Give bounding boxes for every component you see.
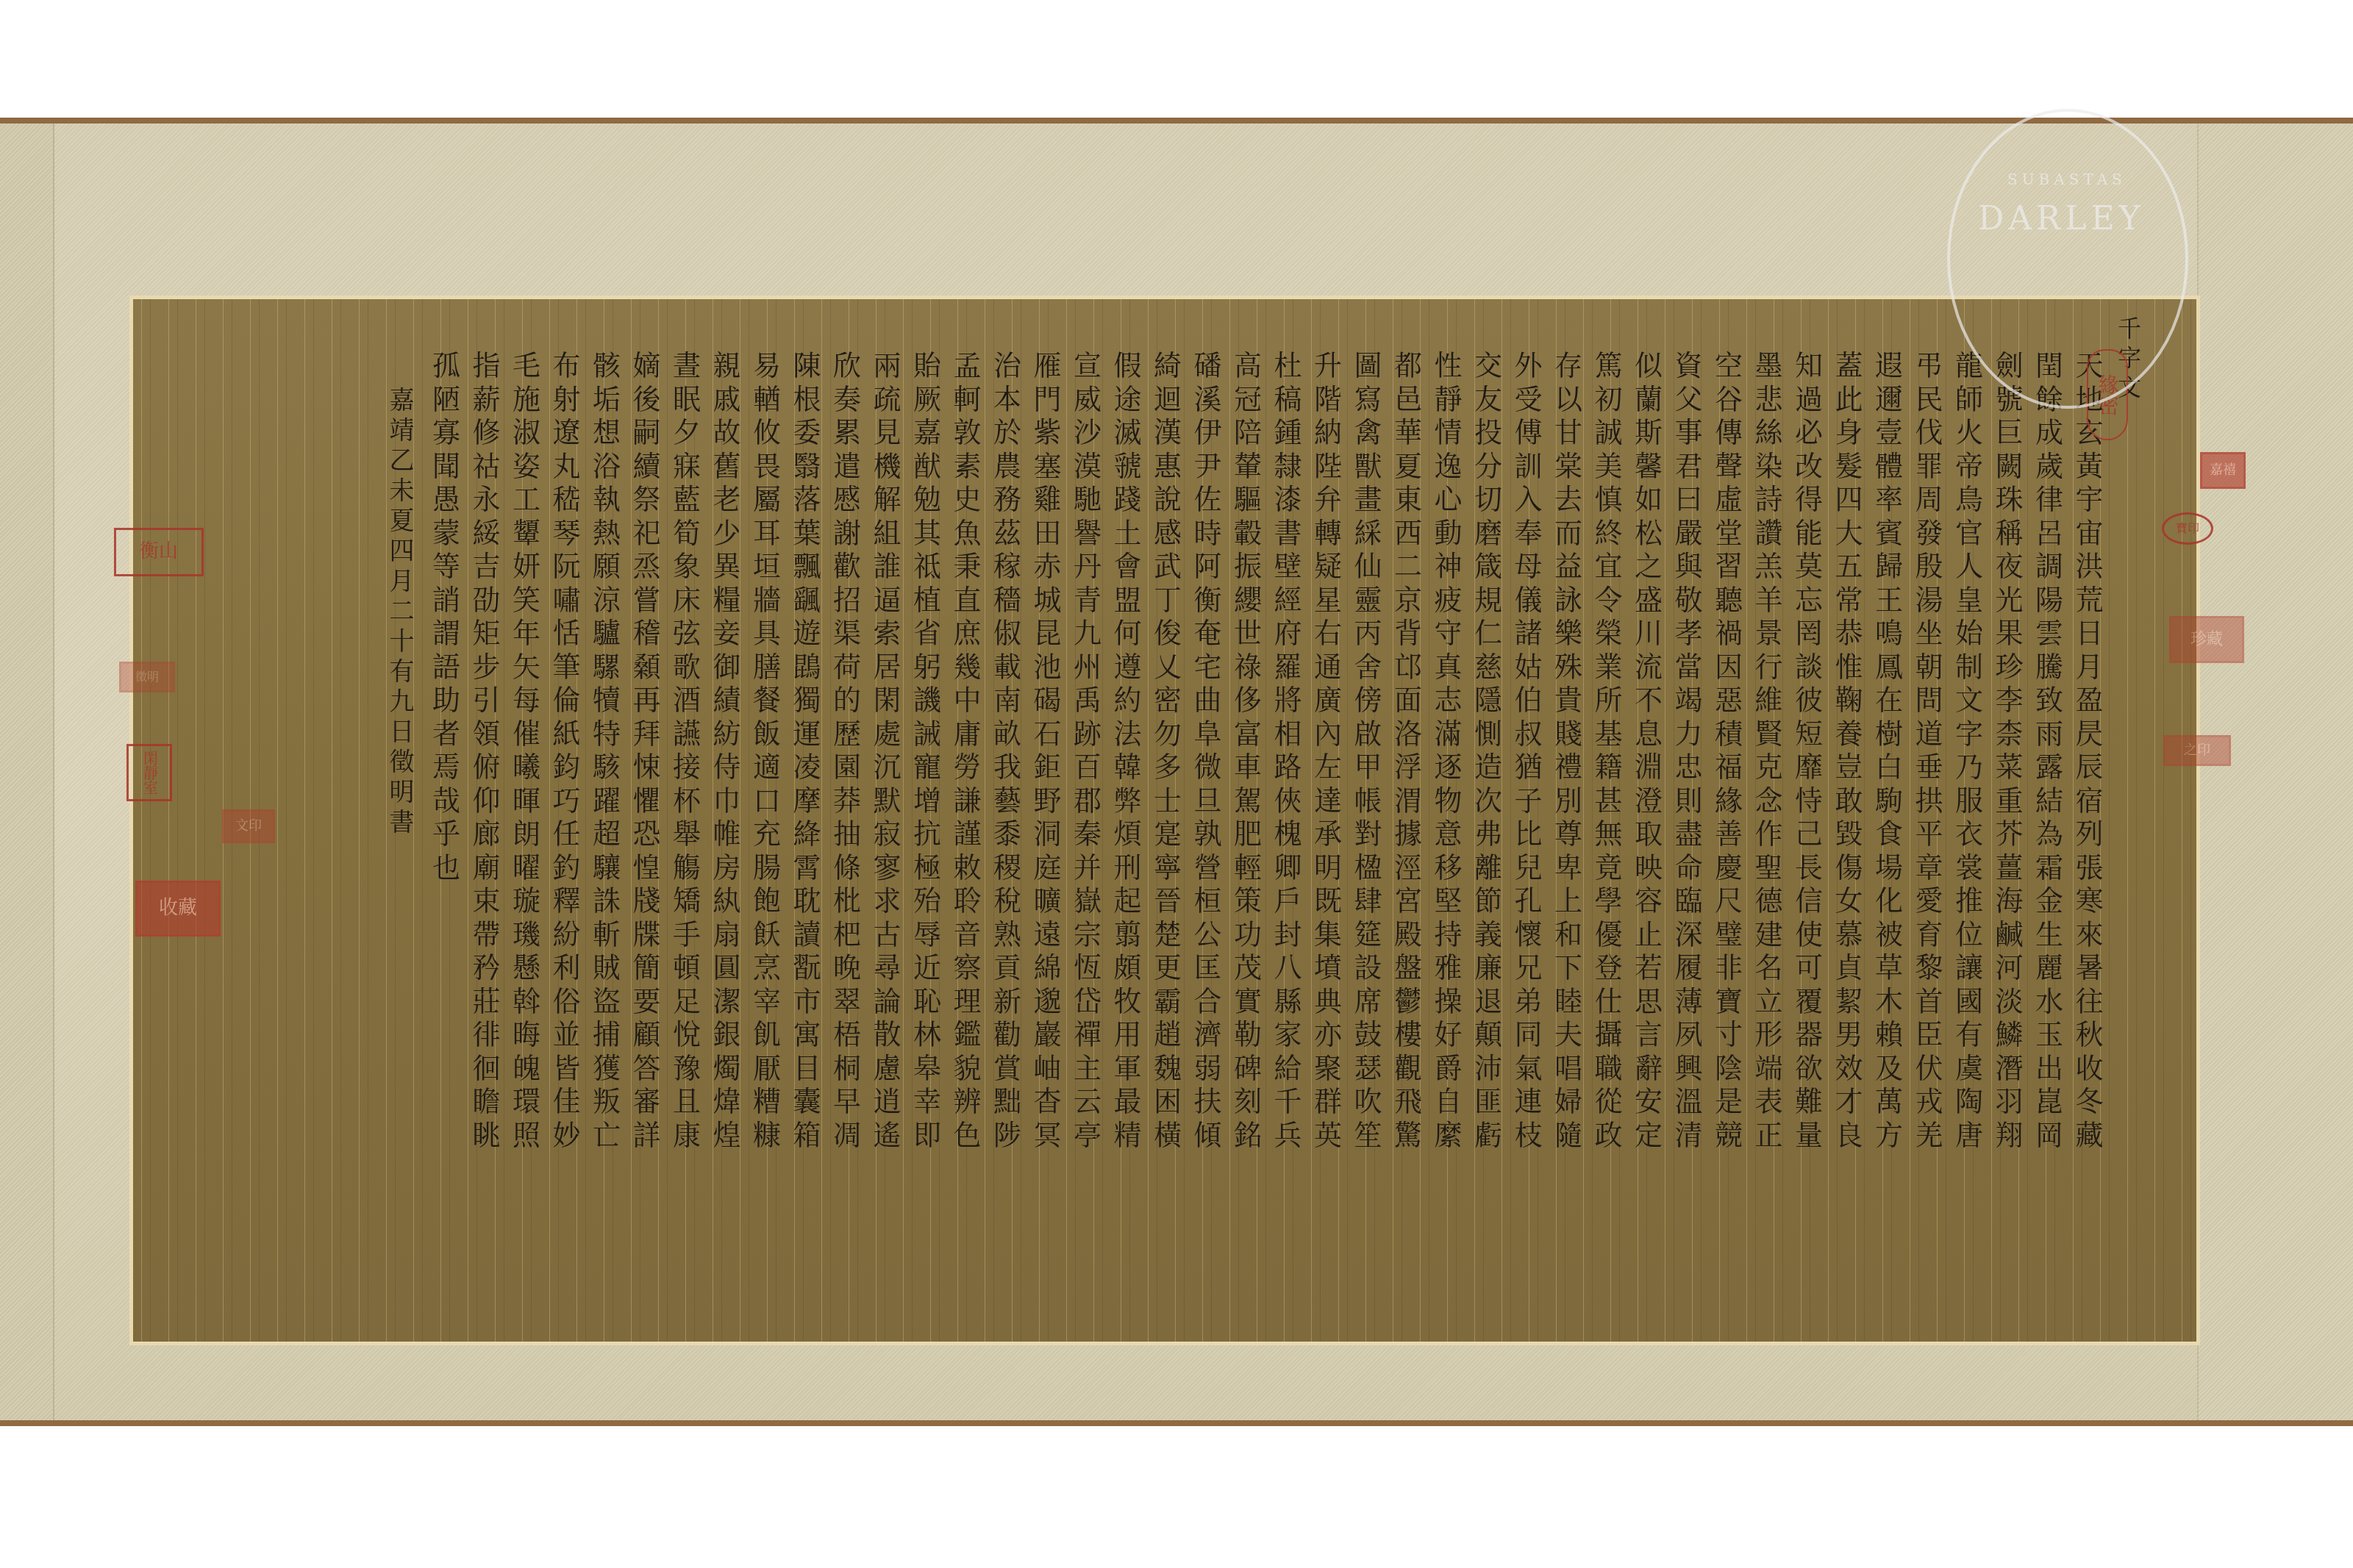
character: 匪 <box>1468 1085 1508 1119</box>
character: 武 <box>1148 550 1188 584</box>
character: 清 <box>1669 1119 1709 1153</box>
character: 世 <box>1228 617 1268 651</box>
character: 對 <box>1349 817 1388 851</box>
character: 篤 <box>1589 349 1629 383</box>
character: 知 <box>1789 349 1829 383</box>
character: 十 <box>382 627 422 657</box>
character: 母 <box>1509 550 1549 584</box>
character: 事 <box>1669 416 1709 450</box>
character: 惻 <box>1468 717 1508 751</box>
character: 遣 <box>827 450 867 484</box>
character: 漠 <box>1068 450 1107 484</box>
character: 溪 <box>1188 383 1228 417</box>
character: 傅 <box>1509 416 1549 450</box>
character: 曜 <box>507 851 546 885</box>
character: 亭 <box>1068 1119 1107 1153</box>
character: 本 <box>988 383 1027 417</box>
character: 甲 <box>1349 751 1388 784</box>
character: 組 <box>868 517 907 551</box>
character: 解 <box>868 483 907 517</box>
character: 匡 <box>1188 951 1228 985</box>
character: 建 <box>1749 918 1789 952</box>
character: 俯 <box>467 751 507 784</box>
character: 市 <box>788 985 827 1019</box>
character: 達 <box>1308 784 1348 818</box>
character: 上 <box>1549 884 1588 918</box>
character: 非 <box>1709 951 1749 985</box>
character: 盤 <box>1388 951 1428 985</box>
text-column: 似蘭斯馨如松之盛川流不息淵澄取映容止若思言辭安定 <box>1629 349 1668 1152</box>
character: 恭 <box>1829 617 1869 651</box>
character: 盟 <box>1108 584 1148 617</box>
character: 投 <box>1468 416 1508 450</box>
character: 生 <box>2029 918 2069 952</box>
character: 嚴 <box>1669 517 1709 551</box>
character: 杜 <box>1268 349 1308 383</box>
character: 諸 <box>1509 617 1549 651</box>
character: 徘 <box>467 1018 507 1052</box>
character: 廟 <box>467 851 507 885</box>
character: 厭 <box>747 1052 787 1086</box>
character: 滅 <box>1108 416 1148 450</box>
character: 雁 <box>1028 349 1068 383</box>
text-column: 升階納陛弁轉疑星右通廣內左達承明既集墳典亦聚群英 <box>1308 349 1348 1152</box>
character: 都 <box>1388 349 1428 383</box>
character: 妙 <box>547 1119 587 1153</box>
character: 男 <box>1829 1018 1869 1052</box>
character: 義 <box>1468 918 1508 952</box>
character: 似 <box>1629 349 1668 383</box>
character: 臨 <box>1669 884 1709 918</box>
character: 稽 <box>627 617 667 651</box>
character: 方 <box>1869 1119 1909 1153</box>
character: 思 <box>1629 985 1668 1019</box>
character: 父 <box>1669 383 1709 417</box>
character: 造 <box>1468 751 1508 784</box>
character: 寡 <box>426 416 466 450</box>
character: 綵 <box>1349 517 1388 551</box>
character: 百 <box>1068 751 1107 784</box>
character: 未 <box>382 476 422 506</box>
character: 草 <box>1869 951 1909 985</box>
character: 形 <box>1749 1018 1789 1052</box>
character: 臣 <box>1910 1018 1949 1052</box>
character: 離 <box>1468 851 1508 885</box>
character: 是 <box>1709 1085 1749 1119</box>
character: 瞻 <box>467 1085 507 1119</box>
character: 外 <box>1509 349 1549 383</box>
watermark-text: DARLEY <box>1978 200 2145 237</box>
character: 功 <box>1228 918 1268 952</box>
character: 薑 <box>1990 851 2029 885</box>
character: 氣 <box>1509 1052 1549 1086</box>
character: 輶 <box>747 383 787 417</box>
character: 璣 <box>507 918 546 952</box>
character: 聖 <box>1749 851 1789 885</box>
character: 理 <box>948 985 988 1019</box>
character: 侈 <box>1228 684 1268 717</box>
character: 矜 <box>467 951 507 985</box>
character: 牋 <box>627 884 667 918</box>
character: 譽 <box>1068 517 1107 551</box>
character: 面 <box>1388 684 1428 717</box>
character: 勿 <box>1148 717 1188 751</box>
character: 古 <box>868 918 907 952</box>
text-column: 都邑華夏東西二京背邙面洛浮渭據涇宮殿盤鬱樓觀飛驚 <box>1388 349 1428 1152</box>
character: 祭 <box>627 483 667 517</box>
character: 後 <box>627 383 667 417</box>
character: 賓 <box>1869 517 1909 551</box>
character: 河 <box>1990 951 2029 985</box>
character: 轂 <box>1228 517 1268 551</box>
character: 運 <box>788 717 827 751</box>
character: 移 <box>1429 851 1468 885</box>
character: 效 <box>1829 1052 1869 1086</box>
character: 答 <box>627 1052 667 1086</box>
character: 會 <box>1108 550 1148 584</box>
character: 騰 <box>2029 651 2069 684</box>
character: 縻 <box>1429 1119 1468 1153</box>
character: 當 <box>1669 651 1709 684</box>
character: 肆 <box>1349 884 1388 918</box>
text-column: 遐邇壹體率賓歸王鳴鳳在樹白駒食場化被草木賴及萬方 <box>1869 349 1909 1152</box>
character: 觀 <box>1388 1052 1428 1086</box>
mount-left-band <box>0 123 54 1420</box>
character: 絲 <box>1749 416 1789 450</box>
watermark-ellipse <box>1947 109 2188 409</box>
character: 青 <box>1068 584 1107 617</box>
character: 言 <box>1629 1018 1668 1052</box>
character: 扇 <box>707 918 747 952</box>
character: 孔 <box>1509 884 1549 918</box>
character: 性 <box>1429 349 1468 383</box>
character: 瑟 <box>1349 1052 1388 1086</box>
character: 垢 <box>587 383 626 417</box>
character: 宅 <box>1188 651 1228 684</box>
character: 既 <box>1308 884 1348 918</box>
seal-square: 閑靜室 <box>126 744 172 801</box>
character: 巧 <box>547 784 587 818</box>
character: 永 <box>467 483 507 517</box>
character: 箱 <box>788 1119 827 1153</box>
character: 戶 <box>1268 884 1308 918</box>
character: 典 <box>1308 985 1348 1019</box>
character: 目 <box>788 1052 827 1086</box>
text-column: 資父事君曰嚴與敬孝當竭力忠則盡命臨深履薄夙興溫清 <box>1669 349 1709 1152</box>
character: 魄 <box>507 1052 546 1086</box>
character: 陟 <box>988 1119 1027 1153</box>
character: 轉 <box>1308 517 1348 551</box>
character: 丁 <box>1148 584 1188 617</box>
character: 踐 <box>1108 483 1148 517</box>
character: 楚 <box>1148 918 1188 952</box>
character: 嘉 <box>907 416 947 450</box>
character: 菜 <box>1990 751 2029 784</box>
character: 豫 <box>667 1052 707 1086</box>
character: 牒 <box>627 918 667 952</box>
character: 帳 <box>1349 784 1388 818</box>
character: 且 <box>667 1085 707 1119</box>
character: 鼓 <box>1349 1018 1388 1052</box>
character: 崑 <box>2029 1085 2069 1119</box>
character: 背 <box>1388 617 1428 651</box>
character: 籍 <box>1589 751 1629 784</box>
character: 察 <box>948 951 988 985</box>
character: 銘 <box>1228 1119 1268 1153</box>
character: 誡 <box>907 717 947 751</box>
character: 冠 <box>1228 383 1268 417</box>
character: 野 <box>1028 784 1068 818</box>
text-column: 天地玄黃宇宙洪荒日月盈昃辰宿列張寒來暑往秋收冬藏 <box>2070 349 2110 1152</box>
character: 孤 <box>426 349 466 383</box>
character: 筵 <box>1349 918 1388 952</box>
character: 舊 <box>707 450 747 484</box>
character: 晝 <box>667 349 707 383</box>
character: 微 <box>1188 751 1228 784</box>
character: 歡 <box>827 550 867 584</box>
character: 碣 <box>1028 684 1068 717</box>
character: 腸 <box>747 851 787 885</box>
character: 沉 <box>868 751 907 784</box>
character: 難 <box>1789 1085 1829 1119</box>
character: 約 <box>1108 684 1148 717</box>
character: 養 <box>1829 717 1869 751</box>
character: 列 <box>2070 817 2110 851</box>
character: 烝 <box>627 550 667 584</box>
character: 映 <box>1629 851 1668 885</box>
character: 者 <box>426 717 466 751</box>
character: 增 <box>907 784 947 818</box>
character: 雞 <box>1028 483 1068 517</box>
character: 仙 <box>1349 550 1388 584</box>
character: 巖 <box>1028 1018 1068 1052</box>
character: 逍 <box>868 1085 907 1119</box>
character: 易 <box>747 349 787 383</box>
text-column: 欣奏累遣慼謝歡招渠荷的歷園莽抽條枇杷晚翠梧桐早凋 <box>827 349 867 1152</box>
character: 羔 <box>1749 550 1789 584</box>
character: 能 <box>1789 517 1829 551</box>
character: 拜 <box>627 717 667 751</box>
character: 卿 <box>1268 851 1308 885</box>
character: 趙 <box>1148 1018 1188 1052</box>
character: 國 <box>1949 985 1989 1019</box>
character: 抽 <box>827 817 867 851</box>
character: 兒 <box>1509 851 1549 885</box>
character: 浴 <box>587 450 626 484</box>
character: 頓 <box>667 951 707 985</box>
character: 曦 <box>507 751 546 784</box>
character: 東 <box>1388 483 1428 517</box>
character: 刑 <box>1108 851 1148 885</box>
character: 乂 <box>1148 651 1188 684</box>
character: 笑 <box>507 584 546 617</box>
character: 軻 <box>948 383 988 417</box>
character: 槐 <box>1268 817 1308 851</box>
character: 鬱 <box>1388 985 1428 1019</box>
character: 輦 <box>1228 450 1268 484</box>
character: 觴 <box>667 851 707 885</box>
character: 具 <box>747 617 787 651</box>
text-column: 宣威沙漠馳譽丹青九州禹跡百郡秦并嶽宗恆岱禪主云亭 <box>1068 349 1107 1152</box>
character: 澄 <box>1629 784 1668 818</box>
character: 審 <box>627 1085 667 1119</box>
character: 密 <box>1148 684 1188 717</box>
character: 翳 <box>788 450 827 484</box>
character: 云 <box>1068 1085 1107 1119</box>
character: 殿 <box>1388 918 1428 952</box>
character: 騾 <box>587 651 626 684</box>
character: 載 <box>988 651 1027 684</box>
character: 首 <box>1910 985 1949 1019</box>
character: 成 <box>2029 416 2069 450</box>
character: 徵 <box>382 748 422 778</box>
character: 照 <box>507 1119 546 1153</box>
character: 棠 <box>1549 450 1588 484</box>
character: 黍 <box>988 817 1027 851</box>
text-column: 綺迴漢惠說感武丁俊乂密勿多士寔寧晉楚更霸趙魏困橫 <box>1148 349 1188 1152</box>
character: 圓 <box>707 951 747 985</box>
character: 威 <box>1068 383 1107 417</box>
character: 糧 <box>707 584 747 617</box>
character: 鞠 <box>1829 684 1869 717</box>
character: 合 <box>1188 985 1228 1019</box>
character: 讌 <box>667 717 707 751</box>
character: 帷 <box>707 817 747 851</box>
character: 囊 <box>788 1085 827 1119</box>
character: 甘 <box>1549 416 1588 450</box>
character: 宰 <box>747 985 787 1019</box>
character: 寫 <box>1349 383 1388 417</box>
character: 大 <box>1829 517 1869 551</box>
character: 飢 <box>747 1018 787 1052</box>
character: 虛 <box>1709 483 1749 517</box>
character: 嘉 <box>382 386 422 416</box>
character: 摩 <box>788 784 827 818</box>
character: 朗 <box>507 817 546 851</box>
character: 忘 <box>1789 584 1829 617</box>
character: 持 <box>1429 918 1468 952</box>
character: 所 <box>1589 684 1629 717</box>
character: 西 <box>1388 517 1428 551</box>
character: 不 <box>1629 684 1668 717</box>
character: 簡 <box>627 951 667 985</box>
character: 惶 <box>627 851 667 885</box>
character: 薪 <box>467 383 507 417</box>
text-column: 指薪修祜永綏吉劭矩步引領俯仰廊廟束帶矜莊徘徊瞻眺 <box>467 349 507 1152</box>
character: 主 <box>1068 1052 1107 1086</box>
character: 尺 <box>1709 884 1749 918</box>
character: 步 <box>467 651 507 684</box>
character: 捕 <box>587 1018 626 1052</box>
character: 發 <box>1910 517 1949 551</box>
character: 執 <box>587 483 626 517</box>
character: 紈 <box>707 884 747 918</box>
character: 友 <box>1468 383 1508 417</box>
character: 通 <box>1308 651 1348 684</box>
character: 嶽 <box>1068 884 1107 918</box>
character: 從 <box>1589 1085 1629 1119</box>
character: 集 <box>1308 918 1348 952</box>
character: 五 <box>1829 550 1869 584</box>
character: 鳳 <box>1869 651 1909 684</box>
character: 枝 <box>1509 1119 1549 1153</box>
character: 俶 <box>988 617 1027 651</box>
character: 體 <box>1869 450 1909 484</box>
character: 始 <box>1949 617 1989 651</box>
character: 舍 <box>1349 651 1388 684</box>
character: 魏 <box>1148 1052 1188 1086</box>
character: 故 <box>707 416 747 450</box>
character: 絳 <box>788 817 827 851</box>
seal-square: 徵明 <box>119 662 175 692</box>
character: 海 <box>1990 884 2029 918</box>
character: 酒 <box>667 684 707 717</box>
character: 虢 <box>1108 450 1148 484</box>
character: 最 <box>1108 1085 1148 1119</box>
character: 在 <box>1869 684 1909 717</box>
character: 羌 <box>1910 1119 1949 1153</box>
character: 安 <box>1629 1085 1668 1119</box>
character: 絜 <box>1829 985 1869 1019</box>
character: 法 <box>1108 717 1148 751</box>
character: 隨 <box>1549 1119 1588 1153</box>
character: 懷 <box>1509 918 1549 952</box>
character: 勉 <box>907 483 947 517</box>
character: 神 <box>1429 550 1468 584</box>
character: 啟 <box>1349 717 1388 751</box>
character: 疑 <box>1308 550 1348 584</box>
text-column: 蓋此身髮四大五常恭惟鞠養豈敢毀傷女慕貞絜男效才良 <box>1829 349 1869 1152</box>
text-column: 雁門紫塞雞田赤城昆池碣石鉅野洞庭曠遠綿邈巖岫杳冥 <box>1028 349 1068 1152</box>
character: 平 <box>1910 817 1949 851</box>
text-column: 篤初誠美慎終宜令榮業所基籍甚無竟學優登仕攝職從政 <box>1589 349 1629 1152</box>
character: 得 <box>1789 483 1829 517</box>
character: 祜 <box>467 450 507 484</box>
character: 策 <box>1228 884 1268 918</box>
character: 別 <box>1549 784 1588 818</box>
character: 皇 <box>1949 584 1989 617</box>
character: 畝 <box>988 717 1027 751</box>
character: 適 <box>747 751 787 784</box>
text-column: 墨悲絲染詩讚羔羊景行維賢克念作聖德建名立形端表正 <box>1749 349 1789 1152</box>
character: 丙 <box>1349 617 1388 651</box>
character: 翔 <box>1990 1119 2029 1153</box>
character: 眺 <box>467 1119 507 1153</box>
character: 餐 <box>747 684 787 717</box>
character: 求 <box>868 884 907 918</box>
character: 出 <box>2029 1052 2069 1086</box>
character: 實 <box>1228 985 1268 1019</box>
character: 茲 <box>988 517 1027 551</box>
character: 躍 <box>587 784 626 818</box>
text-column: 交友投分切磨箴規仁慈隱惻造次弗離節義廉退顛沛匪虧 <box>1468 349 1508 1152</box>
character: 闕 <box>1990 450 2029 484</box>
character: 寐 <box>667 450 707 484</box>
character: 郡 <box>1068 784 1107 818</box>
character: 凌 <box>788 751 827 784</box>
character: 州 <box>1068 651 1107 684</box>
character: 矩 <box>467 617 507 651</box>
character: 切 <box>1468 483 1508 517</box>
character: 尊 <box>1549 817 1588 851</box>
character: 公 <box>1188 918 1228 952</box>
character: 領 <box>467 717 507 751</box>
text-column: 劍號巨闕珠稱夜光果珍李柰菜重芥薑海鹹河淡鱗潛羽翔 <box>1990 349 2029 1152</box>
character: 縣 <box>1268 985 1308 1019</box>
character: 渭 <box>1388 784 1428 818</box>
character: 章 <box>1910 851 1949 885</box>
character: 明 <box>382 778 422 808</box>
